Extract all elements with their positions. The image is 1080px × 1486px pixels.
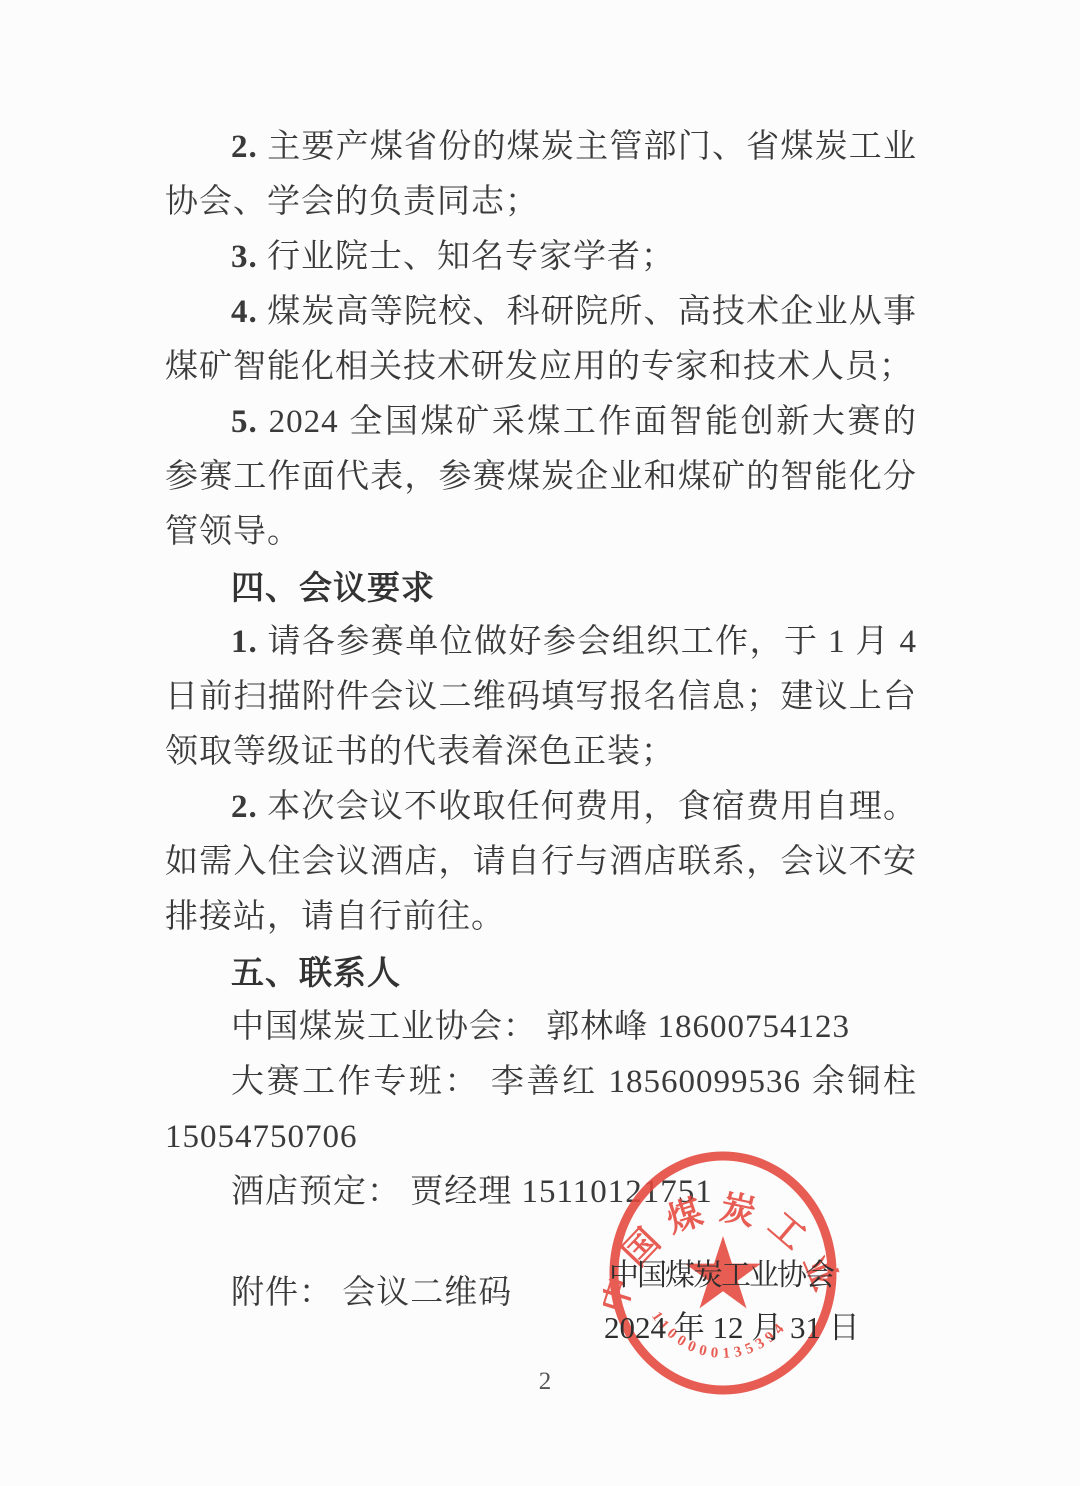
body-paragraph: 4. 煤炭高等院校、科研院所、高技术企业从事煤矿智能化相关技术研发应用的专家和技… [165,285,917,395]
paragraph-number: 2. [231,129,258,165]
contact-line: 中国煤炭工业协会： 郭林峰 18600754123 [165,1000,917,1055]
page-number: 2 [500,1368,590,1396]
body-paragraph: 5. 2024 全国煤矿采煤工作面智能创新大赛的参赛工作面代表，参赛煤炭企业和煤… [165,395,917,560]
section-heading: 五、联系人 [165,945,917,1000]
document-body: 2. 主要产煤省份的煤炭主管部门、省煤炭工业协会、学会的负责同志；3. 行业院士… [165,120,917,1321]
body-paragraph: 2. 主要产煤省份的煤炭主管部门、省煤炭工业协会、学会的负责同志； [165,120,917,230]
body-paragraph: 3. 行业院士、知名专家学者； [165,230,917,285]
paragraph-list: 2. 主要产煤省份的煤炭主管部门、省煤炭工业协会、学会的负责同志；3. 行业院士… [165,120,917,1220]
signature-date: 2024 年 12 月 31 日 [604,1302,844,1347]
signature-org: 中国煤炭工业协会 [609,1250,839,1294]
paragraph-number: 5. [231,404,258,440]
paragraph-number: 2. [231,789,258,825]
paragraph-number: 1. [231,624,258,660]
body-paragraph: 1. 请各参赛单位做好参会组织工作，于 1 月 4 日前扫描附件会议二维码填写报… [165,615,917,780]
body-paragraph: 2. 本次会议不收取任何费用，食宿费用自理。如需入住会议酒店，请自行与酒店联系，… [165,780,917,945]
document-page: 2. 主要产煤省份的煤炭主管部门、省煤炭工业协会、学会的负责同志；3. 行业院士… [0,0,1080,1486]
section-heading: 四、会议要求 [165,560,917,615]
paragraph-number: 3. [231,239,258,275]
paragraph-number: 4. [231,294,258,330]
